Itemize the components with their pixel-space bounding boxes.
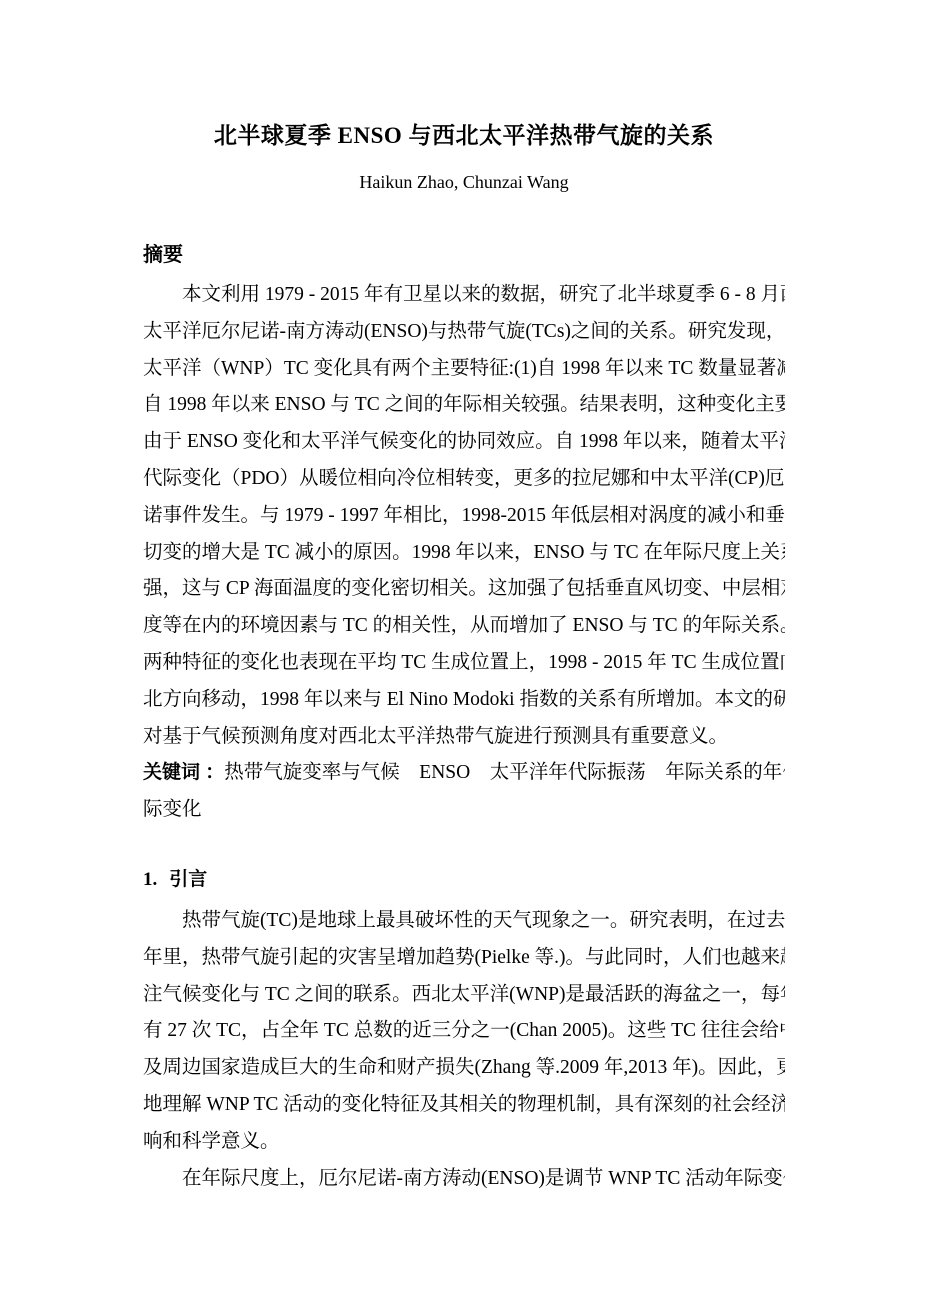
section-1-heading: 1.引言: [143, 866, 785, 894]
text-line: 由于 ENSO 变化和太平洋气候变化的协同效应。自 1998 年以来，随着太平洋…: [143, 424, 785, 461]
abstract-heading: 摘要: [143, 241, 785, 269]
keywords-line-2: 际变化: [143, 792, 785, 829]
text-line: 强，这与 CP 海面温度的变化密切相关。这加强了包括垂直风切变、中层相对湿: [143, 571, 785, 608]
keywords-label: 关键词 ：: [143, 762, 224, 783]
text-line: 注气候变化与 TC 之间的联系。西北太平洋(WNP)是最活跃的海盆之一，每年约: [143, 977, 785, 1014]
text-line: 两种特征的变化也表现在平均 TC 生成位置上，1998 - 2015 年 TC …: [143, 645, 785, 682]
keywords-text: 热带气旋变率与气候 ENSO 太平洋年代际振荡 年际关系的年代: [224, 762, 785, 783]
abstract-paragraph: 本文利用 1979 - 2015 年有卫星以来的数据，研究了北半球夏季 6 - …: [143, 277, 785, 755]
text-line: 度等在内的环境因素与 TC 的相关性，从而增加了 ENSO 与 TC 的年际关系…: [143, 608, 785, 645]
text-line: 切变的增大是 TC 减小的原因。1998 年以来，ENSO 与 TC 在年际尺度…: [143, 535, 785, 572]
text-line: 热带气旋(TC)是地球上最具破坏性的天气现象之一。研究表明，在过去几十: [143, 903, 785, 940]
text-line: 代际变化（PDO）从暖位相向冷位相转变，更多的拉尼娜和中太平洋(CP)厄尔尼: [143, 461, 785, 498]
text-line: 本文利用 1979 - 2015 年有卫星以来的数据，研究了北半球夏季 6 - …: [143, 277, 785, 314]
authors-line: Haikun Zhao, Chunzai Wang: [143, 169, 785, 195]
text-line: 年里，热带气旋引起的灾害呈增加趋势(Pielke 等.)。与此同时，人们也越来越…: [143, 940, 785, 977]
text-line: 北方向移动，1998 年以来与 El Nino Modoki 指数的关系有所增加…: [143, 682, 785, 719]
keywords-line-1: 关键词 ：热带气旋变率与气候 ENSO 太平洋年代际振荡 年际关系的年代: [143, 755, 785, 792]
text-line: 太平洋（WNP）TC 变化具有两个主要特征:(1)自 1998 年以来 TC 数…: [143, 351, 785, 388]
keywords-block: 关键词 ：热带气旋变率与气候 ENSO 太平洋年代际振荡 年际关系的年代 际变化: [143, 755, 785, 829]
text-line: 太平洋厄尔尼诺-南方涛动(ENSO)与热带气旋(TCs)之间的关系。研究发现，西…: [143, 314, 785, 351]
text-line: 在年际尺度上，厄尔尼诺-南方涛动(ENSO)是调节 WNP TC 活动年际变化的: [143, 1161, 785, 1198]
introduction-paragraph-2: 在年际尺度上，厄尔尼诺-南方涛动(ENSO)是调节 WNP TC 活动年际变化的: [143, 1161, 785, 1198]
text-line: 诺事件发生。与 1979 - 1997 年相比，1998-2015 年低层相对涡…: [143, 498, 785, 535]
section-1-number: 1.: [143, 869, 157, 890]
text-line: 自 1998 年以来 ENSO 与 TC 之间的年际相关较强。结果表明，这种变化…: [143, 387, 785, 424]
introduction-paragraph-1: 热带气旋(TC)是地球上最具破坏性的天气现象之一。研究表明，在过去几十年里，热带…: [143, 903, 785, 1161]
text-line: 对基于气候预测角度对西北太平洋热带气旋进行预测具有重要意义。: [143, 719, 785, 756]
section-1-title: 引言: [169, 869, 207, 890]
document-content: 北半球夏季 ENSO 与西北太平洋热带气旋的关系 Haikun Zhao, Ch…: [143, 0, 785, 1197]
text-line: 地理解 WNP TC 活动的变化特征及其相关的物理机制，具有深刻的社会经济影: [143, 1087, 785, 1124]
text-line: 响和科学意义。: [143, 1124, 785, 1161]
document-page: 北半球夏季 ENSO 与西北太平洋热带气旋的关系 Haikun Zhao, Ch…: [0, 0, 926, 1309]
text-line: 及周边国家造成巨大的生命和财产损失(Zhang 等.2009 年,2013 年)…: [143, 1050, 785, 1087]
text-line: 有 27 次 TC，占全年 TC 总数的近三分之一(Chan 2005)。这些 …: [143, 1013, 785, 1050]
page-title: 北半球夏季 ENSO 与西北太平洋热带气旋的关系: [143, 119, 785, 153]
